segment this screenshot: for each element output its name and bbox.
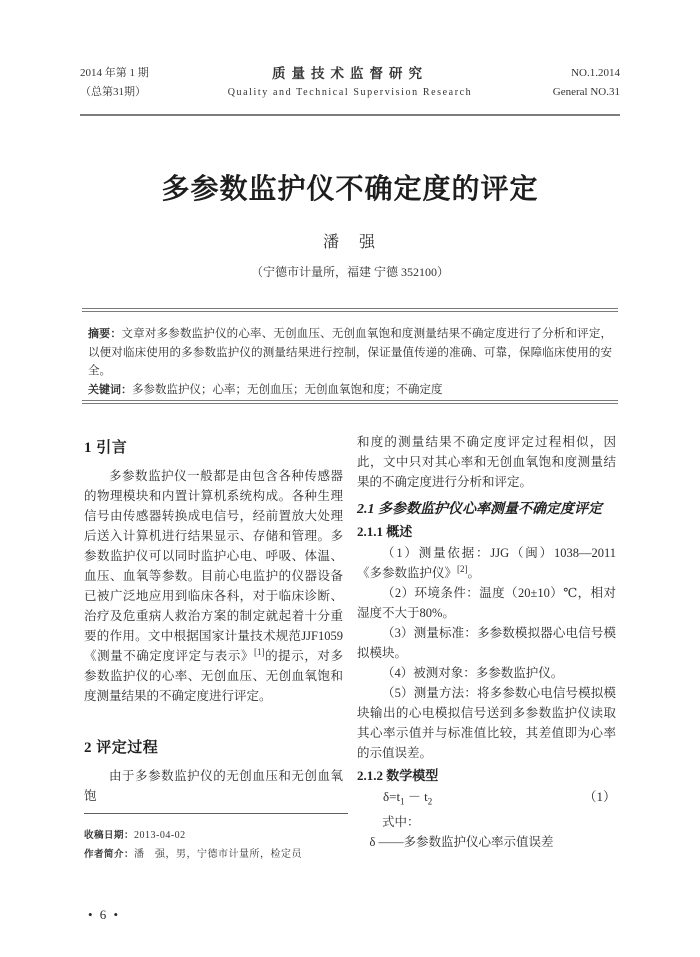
section-1-paragraph: 多参数监护仪一般都是由包含各种传感器的物理模块和内置计算机系统构成。各种生理信号… bbox=[84, 466, 343, 706]
item-1: （1）测量依据：JJG（闽）1038—2011《多参数监护仪》[2]。 bbox=[357, 543, 616, 583]
journal-page: 2014 年第 1 期 （总第31期） 质量技术监督研究 Quality and… bbox=[0, 0, 700, 957]
header-journal-name: 质量技术监督研究 Quality and Technical Supervisi… bbox=[200, 64, 500, 102]
item-1-text: （1）测量依据：JJG（闽）1038—2011《多参数监护仪》 bbox=[357, 546, 616, 580]
body-columns: 1 引言 多参数监护仪一般都是由包含各种传感器的物理模块和内置计算机系统构成。各… bbox=[84, 432, 616, 852]
abstract-box: 摘要：文章对多参数监护仪的心率、无创血压、无创血氧饱和度测量结果不确定度进行了分… bbox=[82, 308, 618, 404]
formula-1: δ=t1 － t2 （1） bbox=[357, 787, 616, 812]
page-number: • 6 • bbox=[88, 907, 120, 923]
item-1-text-cont: 。 bbox=[468, 566, 481, 580]
formula-expression: δ=t1 － t2 bbox=[383, 787, 432, 812]
section-2-1-1-heading: 2.1.1 概述 bbox=[357, 521, 616, 540]
formula-operator: － t bbox=[405, 789, 428, 804]
issue-no-en: NO.1.2014 bbox=[500, 64, 620, 83]
header-issue-right: NO.1.2014 General NO.31 bbox=[500, 64, 620, 102]
formula-sub-2: 2 bbox=[428, 797, 433, 807]
section-2-paragraph-cont: 和度的测量结果不确定度评定过程相似，因此，文中只对其心率和无创血氧饱和度测量结果… bbox=[357, 432, 616, 492]
received-date-label: 收稿日期： bbox=[84, 830, 134, 841]
article-author: 潘 强 bbox=[0, 229, 700, 252]
abstract-body: 文章对多参数监护仪的心率、无创血压、无创血氧饱和度测量结果不确定度进行了分析和评… bbox=[88, 328, 612, 377]
item-4: （4）被测对象：多参数监护仪。 bbox=[357, 663, 616, 683]
citation-ref-2: [2] bbox=[457, 564, 468, 574]
item-5: （5）测量方法：将多参数心电信号模拟模块输出的心电模拟信号送到多参数监护仪读取其… bbox=[357, 683, 616, 763]
section-1-heading: 1 引言 bbox=[84, 436, 343, 457]
footnote-rule bbox=[84, 813, 348, 814]
section-2-1-heading: 2.1 多参数监护仪心率测量不确定度评定 bbox=[357, 498, 616, 518]
keywords-label: 关键词： bbox=[88, 384, 132, 396]
received-date-line: 收稿日期：2013-04-02 bbox=[84, 826, 348, 845]
author-bio-value: 潘 强，男，宁德市计量所，检定员 bbox=[134, 849, 302, 860]
item-2: （2）环境条件：温度（20±10）℃，相对湿度不大于80%。 bbox=[357, 583, 616, 623]
journal-header: 2014 年第 1 期 （总第31期） 质量技术监督研究 Quality and… bbox=[80, 64, 620, 102]
section-2-paragraph: 由于多参数监护仪的无创血压和无创血氧饱 bbox=[84, 766, 343, 806]
where-delta-definition: δ ——多参数监护仪心率示值误差 bbox=[357, 832, 616, 852]
item-3: （3）测量标准：多参数模拟器心电信号模拟模块。 bbox=[357, 623, 616, 663]
section-1-text: 多参数监护仪一般都是由包含各种传感器的物理模块和内置计算机系统构成。各种生理信号… bbox=[84, 469, 343, 663]
citation-ref-1: [1] bbox=[254, 647, 265, 657]
section-2-1-2-heading: 2.1.2 数学模型 bbox=[357, 765, 616, 784]
received-date-value: 2013-04-02 bbox=[134, 830, 186, 841]
issue-number: 2014 年第 1 期 bbox=[80, 64, 200, 83]
formula-number: （1） bbox=[583, 787, 616, 807]
author-bio-line: 作者简介：潘 强，男，宁德市计量所，检定员 bbox=[84, 845, 348, 864]
abstract-text: 摘要：文章对多参数监护仪的心率、无创血压、无创血氧饱和度测量结果不确定度进行了分… bbox=[88, 325, 612, 381]
author-bio-label: 作者简介： bbox=[84, 849, 134, 860]
right-column: 和度的测量结果不确定度评定过程相似，因此，文中只对其心率和无创血氧饱和度测量结果… bbox=[357, 432, 616, 852]
article-title: 多参数监护仪不确定度的评定 bbox=[0, 167, 700, 207]
issue-general-no: General NO.31 bbox=[500, 83, 620, 102]
keywords-line: 关键词：多参数监护仪；心率；无创血压；无创血氧饱和度；不确定度 bbox=[88, 381, 612, 400]
abstract-label: 摘要： bbox=[88, 328, 122, 340]
journal-name-cn: 质量技术监督研究 bbox=[200, 64, 500, 83]
journal-name-en: Quality and Technical Supervision Resear… bbox=[200, 83, 500, 102]
issue-total: （总第31期） bbox=[80, 83, 200, 102]
header-rule bbox=[80, 114, 620, 116]
left-column: 1 引言 多参数监护仪一般都是由包含各种传感器的物理模块和内置计算机系统构成。各… bbox=[84, 432, 343, 852]
section-2-heading: 2 评定过程 bbox=[84, 736, 343, 757]
footnote-block: 收稿日期：2013-04-02 作者简介：潘 强，男，宁德市计量所，检定员 bbox=[84, 813, 348, 864]
header-issue-left: 2014 年第 1 期 （总第31期） bbox=[80, 64, 200, 102]
where-label: 式中： bbox=[357, 812, 616, 832]
keywords-body: 多参数监护仪；心率；无创血压；无创血氧饱和度；不确定度 bbox=[132, 384, 443, 396]
article-affiliation: （宁德市计量所，福建 宁德 352100） bbox=[0, 263, 700, 280]
formula-lhs: δ=t bbox=[383, 789, 400, 804]
